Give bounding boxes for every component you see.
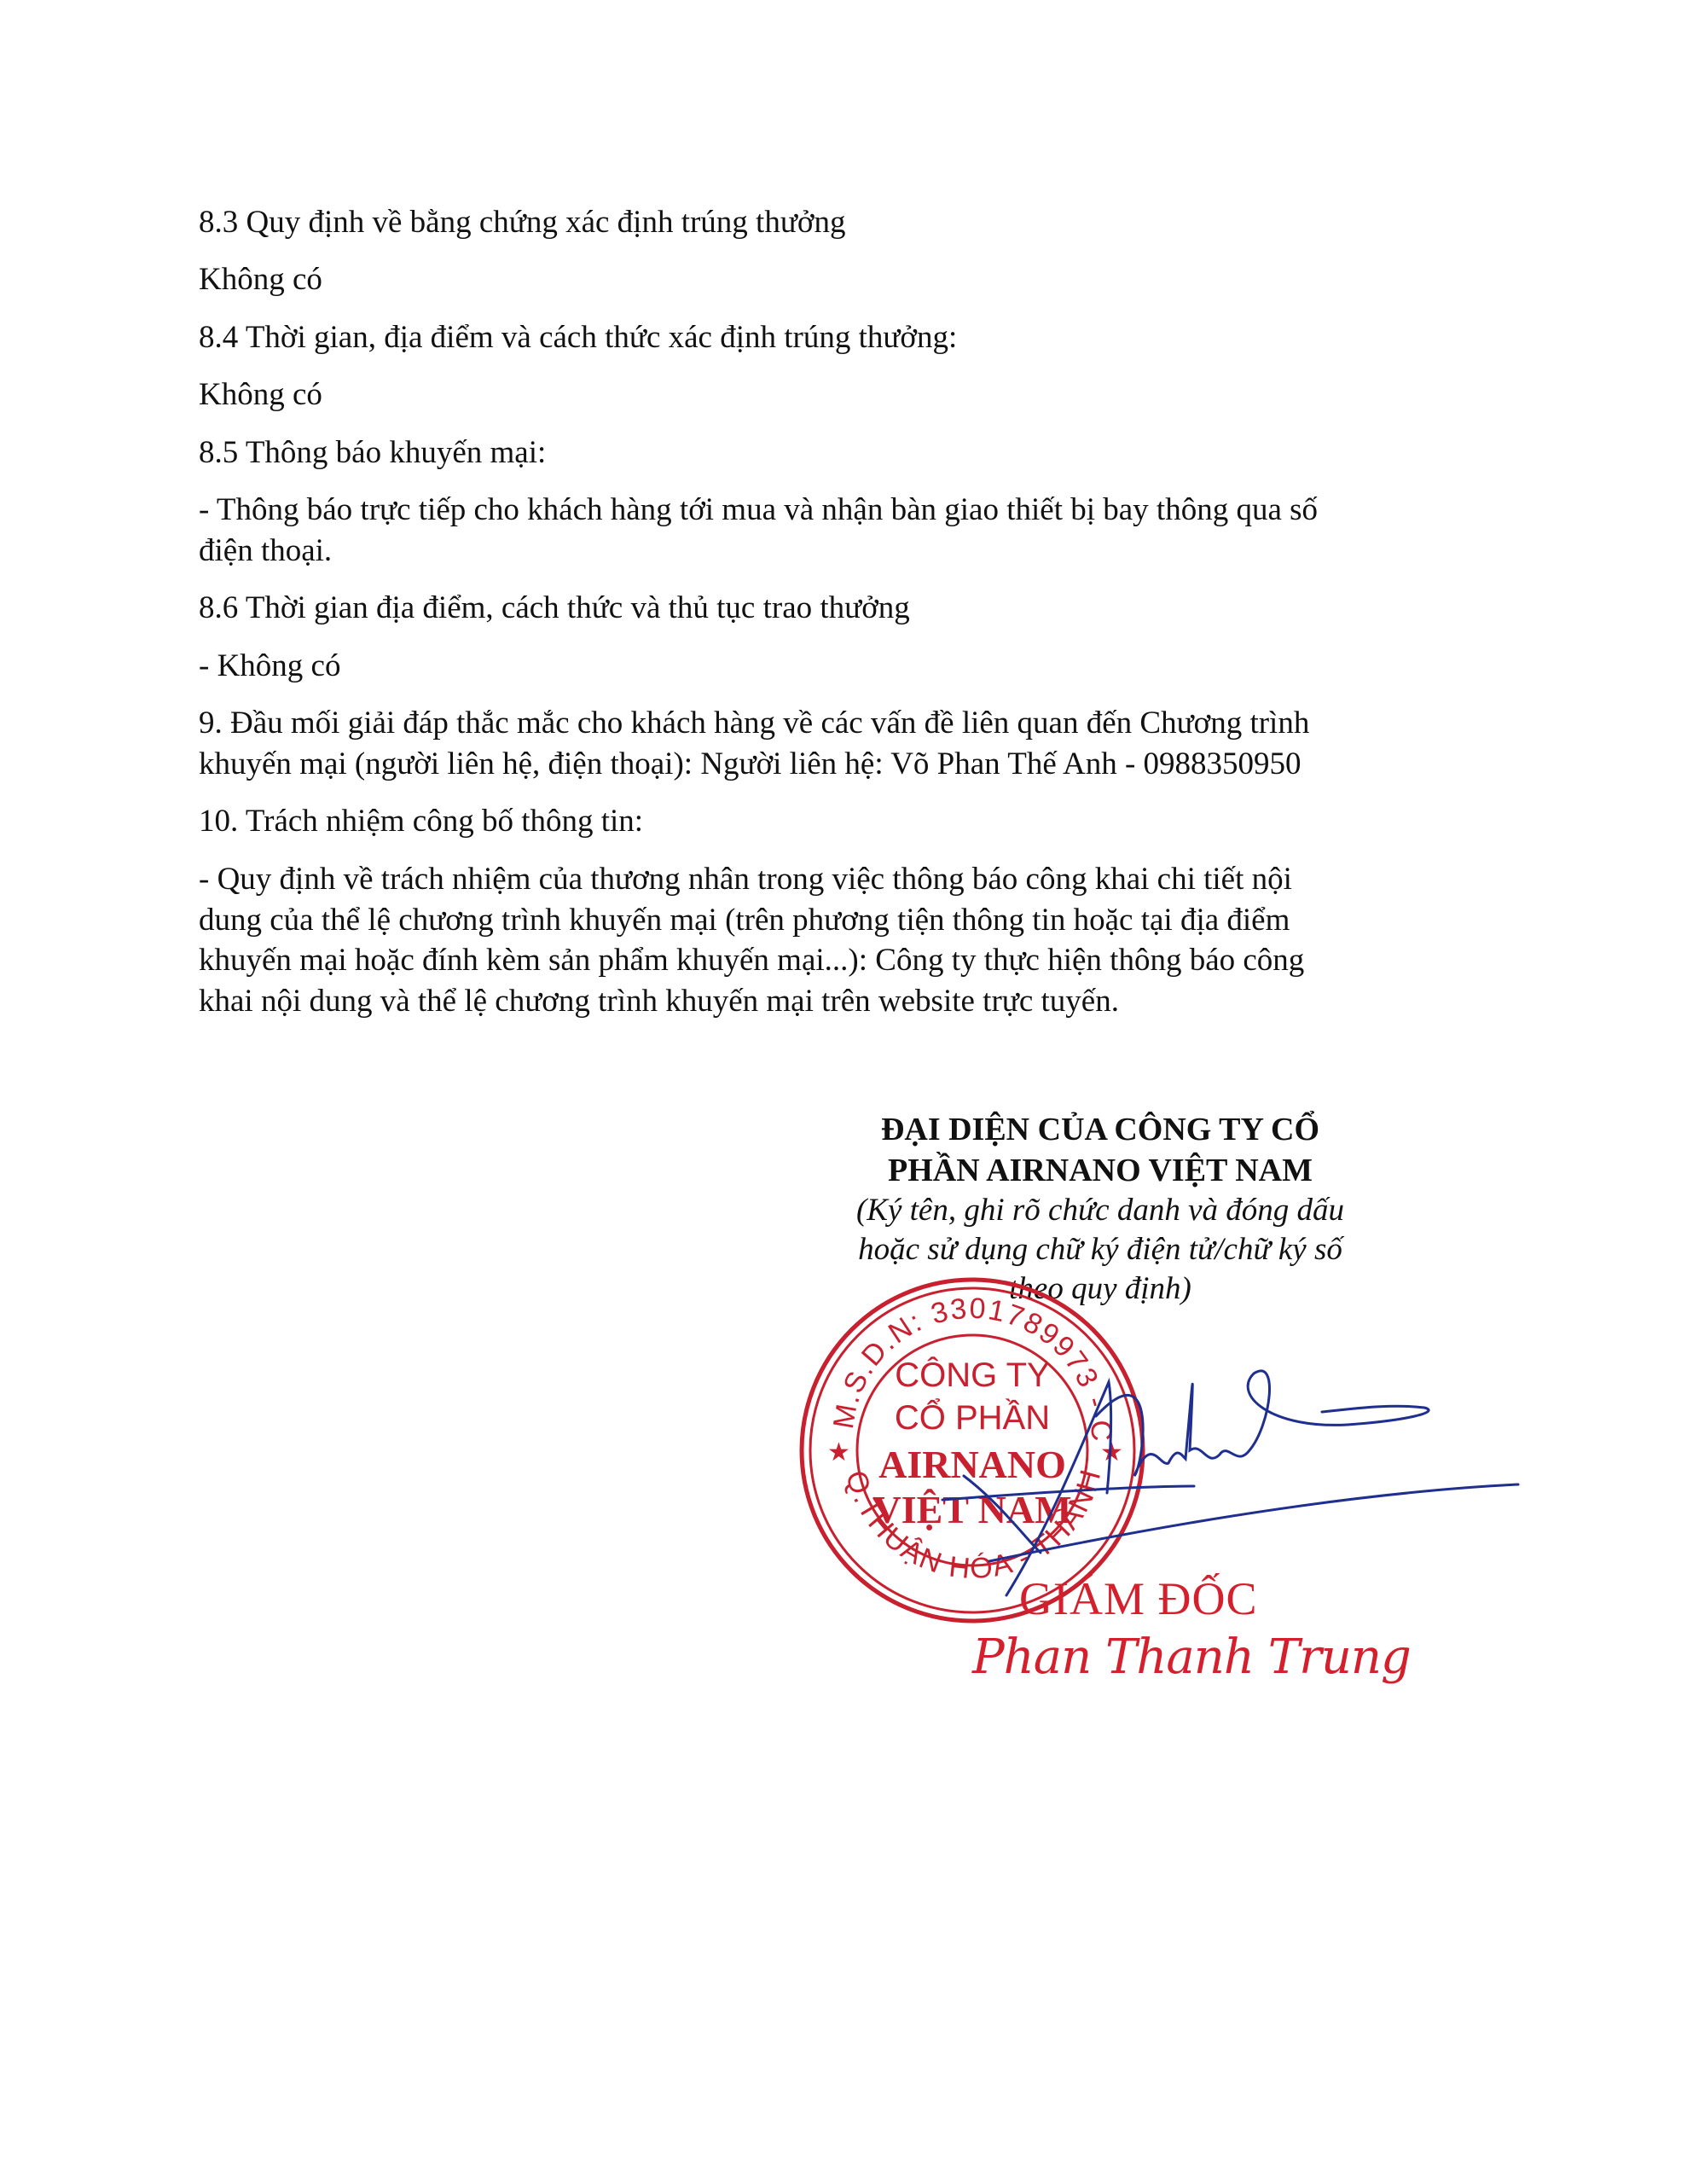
document-page: 8.3 Quy định về bằng chứng xác định trún… <box>0 0 1687 2184</box>
section-9-line1: 9. Đầu mối giải đáp thắc mắc cho khách h… <box>199 703 1309 744</box>
heading-8-3: 8.3 Quy định về bằng chứng xác định trún… <box>199 202 845 243</box>
svg-text:CÔNG TY: CÔNG TY <box>895 1356 1050 1394</box>
paragraph-8-5-line1: - Thông báo trực tiếp cho khách hàng tới… <box>199 490 1318 531</box>
director-name: Phan Thanh Trung <box>972 1629 1411 1685</box>
section-10-line2: dung của thể lệ chương trình khuyến mại … <box>199 900 1290 941</box>
signature-note-line1: (Ký tên, ghi rõ chức danh và đóng dấu <box>793 1191 1407 1230</box>
signature-block: ĐẠI DIỆN CỦA CÔNG TY CỔ PHẦN AIRNANO VIỆ… <box>793 1109 1407 1309</box>
svg-text:★: ★ <box>827 1438 850 1467</box>
heading-8-4: 8.4 Thời gian, địa điểm và cách thức xác… <box>199 317 957 358</box>
paragraph-8-3-body: Không có <box>199 259 322 300</box>
signature-note-line3: theo quy định) <box>793 1269 1407 1309</box>
heading-10: 10. Trách nhiệm công bố thông tin: <box>199 801 643 842</box>
signature-note-line2: hoặc sử dụng chữ ký điện tử/chữ ký số <box>793 1230 1407 1269</box>
signature-title-line1: ĐẠI DIỆN CỦA CÔNG TY CỔ <box>793 1109 1407 1150</box>
paragraph-8-4-body: Không có <box>199 375 322 415</box>
svg-text:CỔ PHẦN: CỔ PHẦN <box>895 1397 1050 1437</box>
section-10-line3: khuyến mại hoặc đính kèm sản phẩm khuyến… <box>199 940 1304 981</box>
svg-text:AIRNANO: AIRNANO <box>878 1443 1066 1486</box>
paragraph-8-5-line2: điện thoại. <box>199 531 332 572</box>
section-10-line4: khai nội dung và thể lệ chương trình khu… <box>199 981 1119 1022</box>
svg-text:★: ★ <box>1100 1438 1123 1467</box>
svg-text:VIỆT NAM: VIỆT NAM <box>872 1488 1071 1531</box>
paragraph-8-6-body: - Không có <box>199 646 340 687</box>
director-title: GIÁM ĐỐC <box>1019 1572 1258 1625</box>
section-10-line1: - Quy định về trách nhiệm của thương nhâ… <box>199 859 1292 900</box>
heading-8-5: 8.5 Thông báo khuyến mại: <box>199 433 546 473</box>
signature-title-line2: PHẦN AIRNANO VIỆT NAM <box>793 1150 1407 1191</box>
handwritten-signature <box>942 1371 1518 1595</box>
section-9-line2: khuyến mại (người liên hệ, điện thoại): … <box>199 744 1301 785</box>
heading-8-6: 8.6 Thời gian địa điểm, cách thức và thủ… <box>199 588 910 629</box>
